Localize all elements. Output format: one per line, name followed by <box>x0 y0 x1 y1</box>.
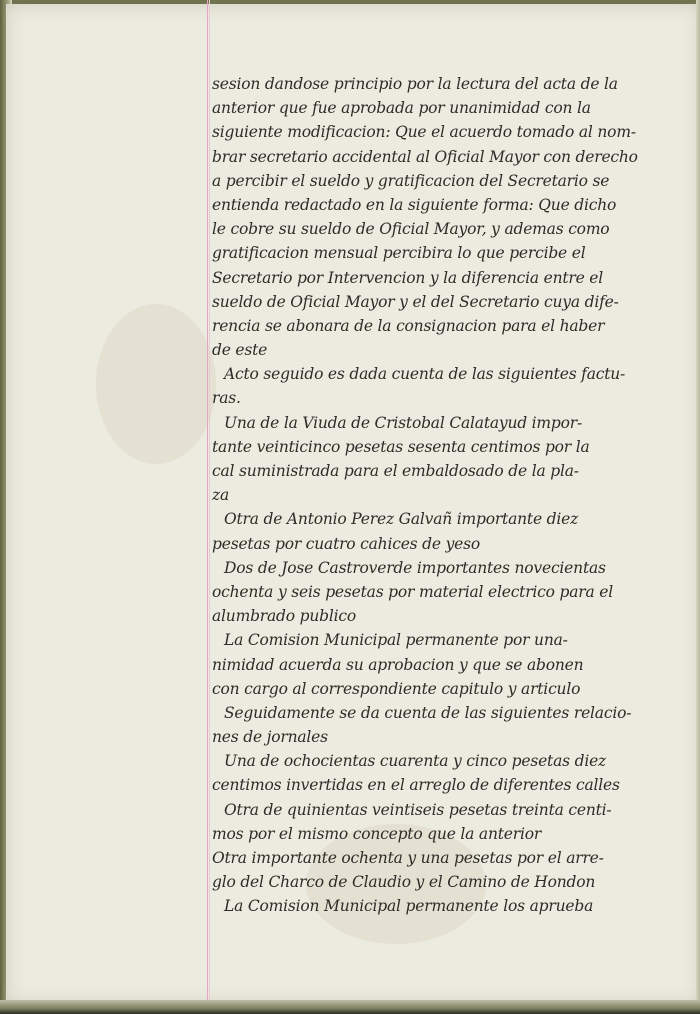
text-line: Otra importante ochenta y una pesetas po… <box>212 846 690 870</box>
page-bottom-edge <box>0 1000 700 1014</box>
text-line: cal suministrada para el embaldosado de … <box>212 459 690 483</box>
margin-rule <box>207 0 208 1004</box>
text-line: sesion dandose principio por la lectura … <box>212 72 690 96</box>
text-line: La Comision Municipal permanente los apr… <box>212 894 690 918</box>
text-line: sueldo de Oficial Mayor y el del Secreta… <box>212 290 690 314</box>
text-line: de este <box>212 338 690 362</box>
text-line: con cargo al correspondiente capitulo y … <box>212 677 690 701</box>
handwritten-text: sesion dandose principio por la lectura … <box>212 72 690 919</box>
text-line: ras. <box>212 386 690 410</box>
page-edge <box>696 0 700 1004</box>
text-line: La Comision Municipal permanente por una… <box>212 628 690 652</box>
text-line: centimos invertidas en el arreglo de dif… <box>212 773 690 797</box>
text-line: Una de ochocientas cuarenta y cinco pese… <box>212 749 690 773</box>
text-line: a percibir el sueldo y gratificacion del… <box>212 169 690 193</box>
text-line: entienda redactado en la siguiente forma… <box>212 193 690 217</box>
text-line: gratificacion mensual percibira lo que p… <box>212 241 690 265</box>
text-line: Otra de quinientas veintiseis pesetas tr… <box>212 798 690 822</box>
text-line: Otra de Antonio Perez Galvañ importante … <box>212 507 690 531</box>
text-line: mos por el mismo concepto que la anterio… <box>212 822 690 846</box>
text-line: Seguidamente se da cuenta de las siguien… <box>212 701 690 725</box>
text-line: tante veinticinco pesetas sesenta centim… <box>212 435 690 459</box>
text-line: anterior que fue aprobada por unanimidad… <box>212 96 690 120</box>
text-line: Dos de Jose Castroverde importantes nove… <box>212 556 690 580</box>
text-line: za <box>212 483 690 507</box>
text-line: Una de la Viuda de Cristobal Calatayud i… <box>212 411 690 435</box>
text-line: Secretario por Intervencion y la diferen… <box>212 266 690 290</box>
text-line: siguiente modificacion: Que el acuerdo t… <box>212 120 690 144</box>
paper-stain <box>96 304 216 464</box>
text-line: alumbrado publico <box>212 604 690 628</box>
text-line: rencia se abonara de la consignacion par… <box>212 314 690 338</box>
text-line: brar secretario accidental al Oficial Ma… <box>212 145 690 169</box>
text-line: pesetas por cuatro cahices de yeso <box>212 532 690 556</box>
text-line: ochenta y seis pesetas por material elec… <box>212 580 690 604</box>
text-line: glo del Charco de Claudio y el Camino de… <box>212 870 690 894</box>
text-line: nimidad acuerda su aprobacion y que se a… <box>212 653 690 677</box>
text-line: nes de jornales <box>212 725 690 749</box>
text-line: Acto seguido es dada cuenta de las sigui… <box>212 362 690 386</box>
text-line: le cobre su sueldo de Oficial Mayor, y a… <box>212 217 690 241</box>
